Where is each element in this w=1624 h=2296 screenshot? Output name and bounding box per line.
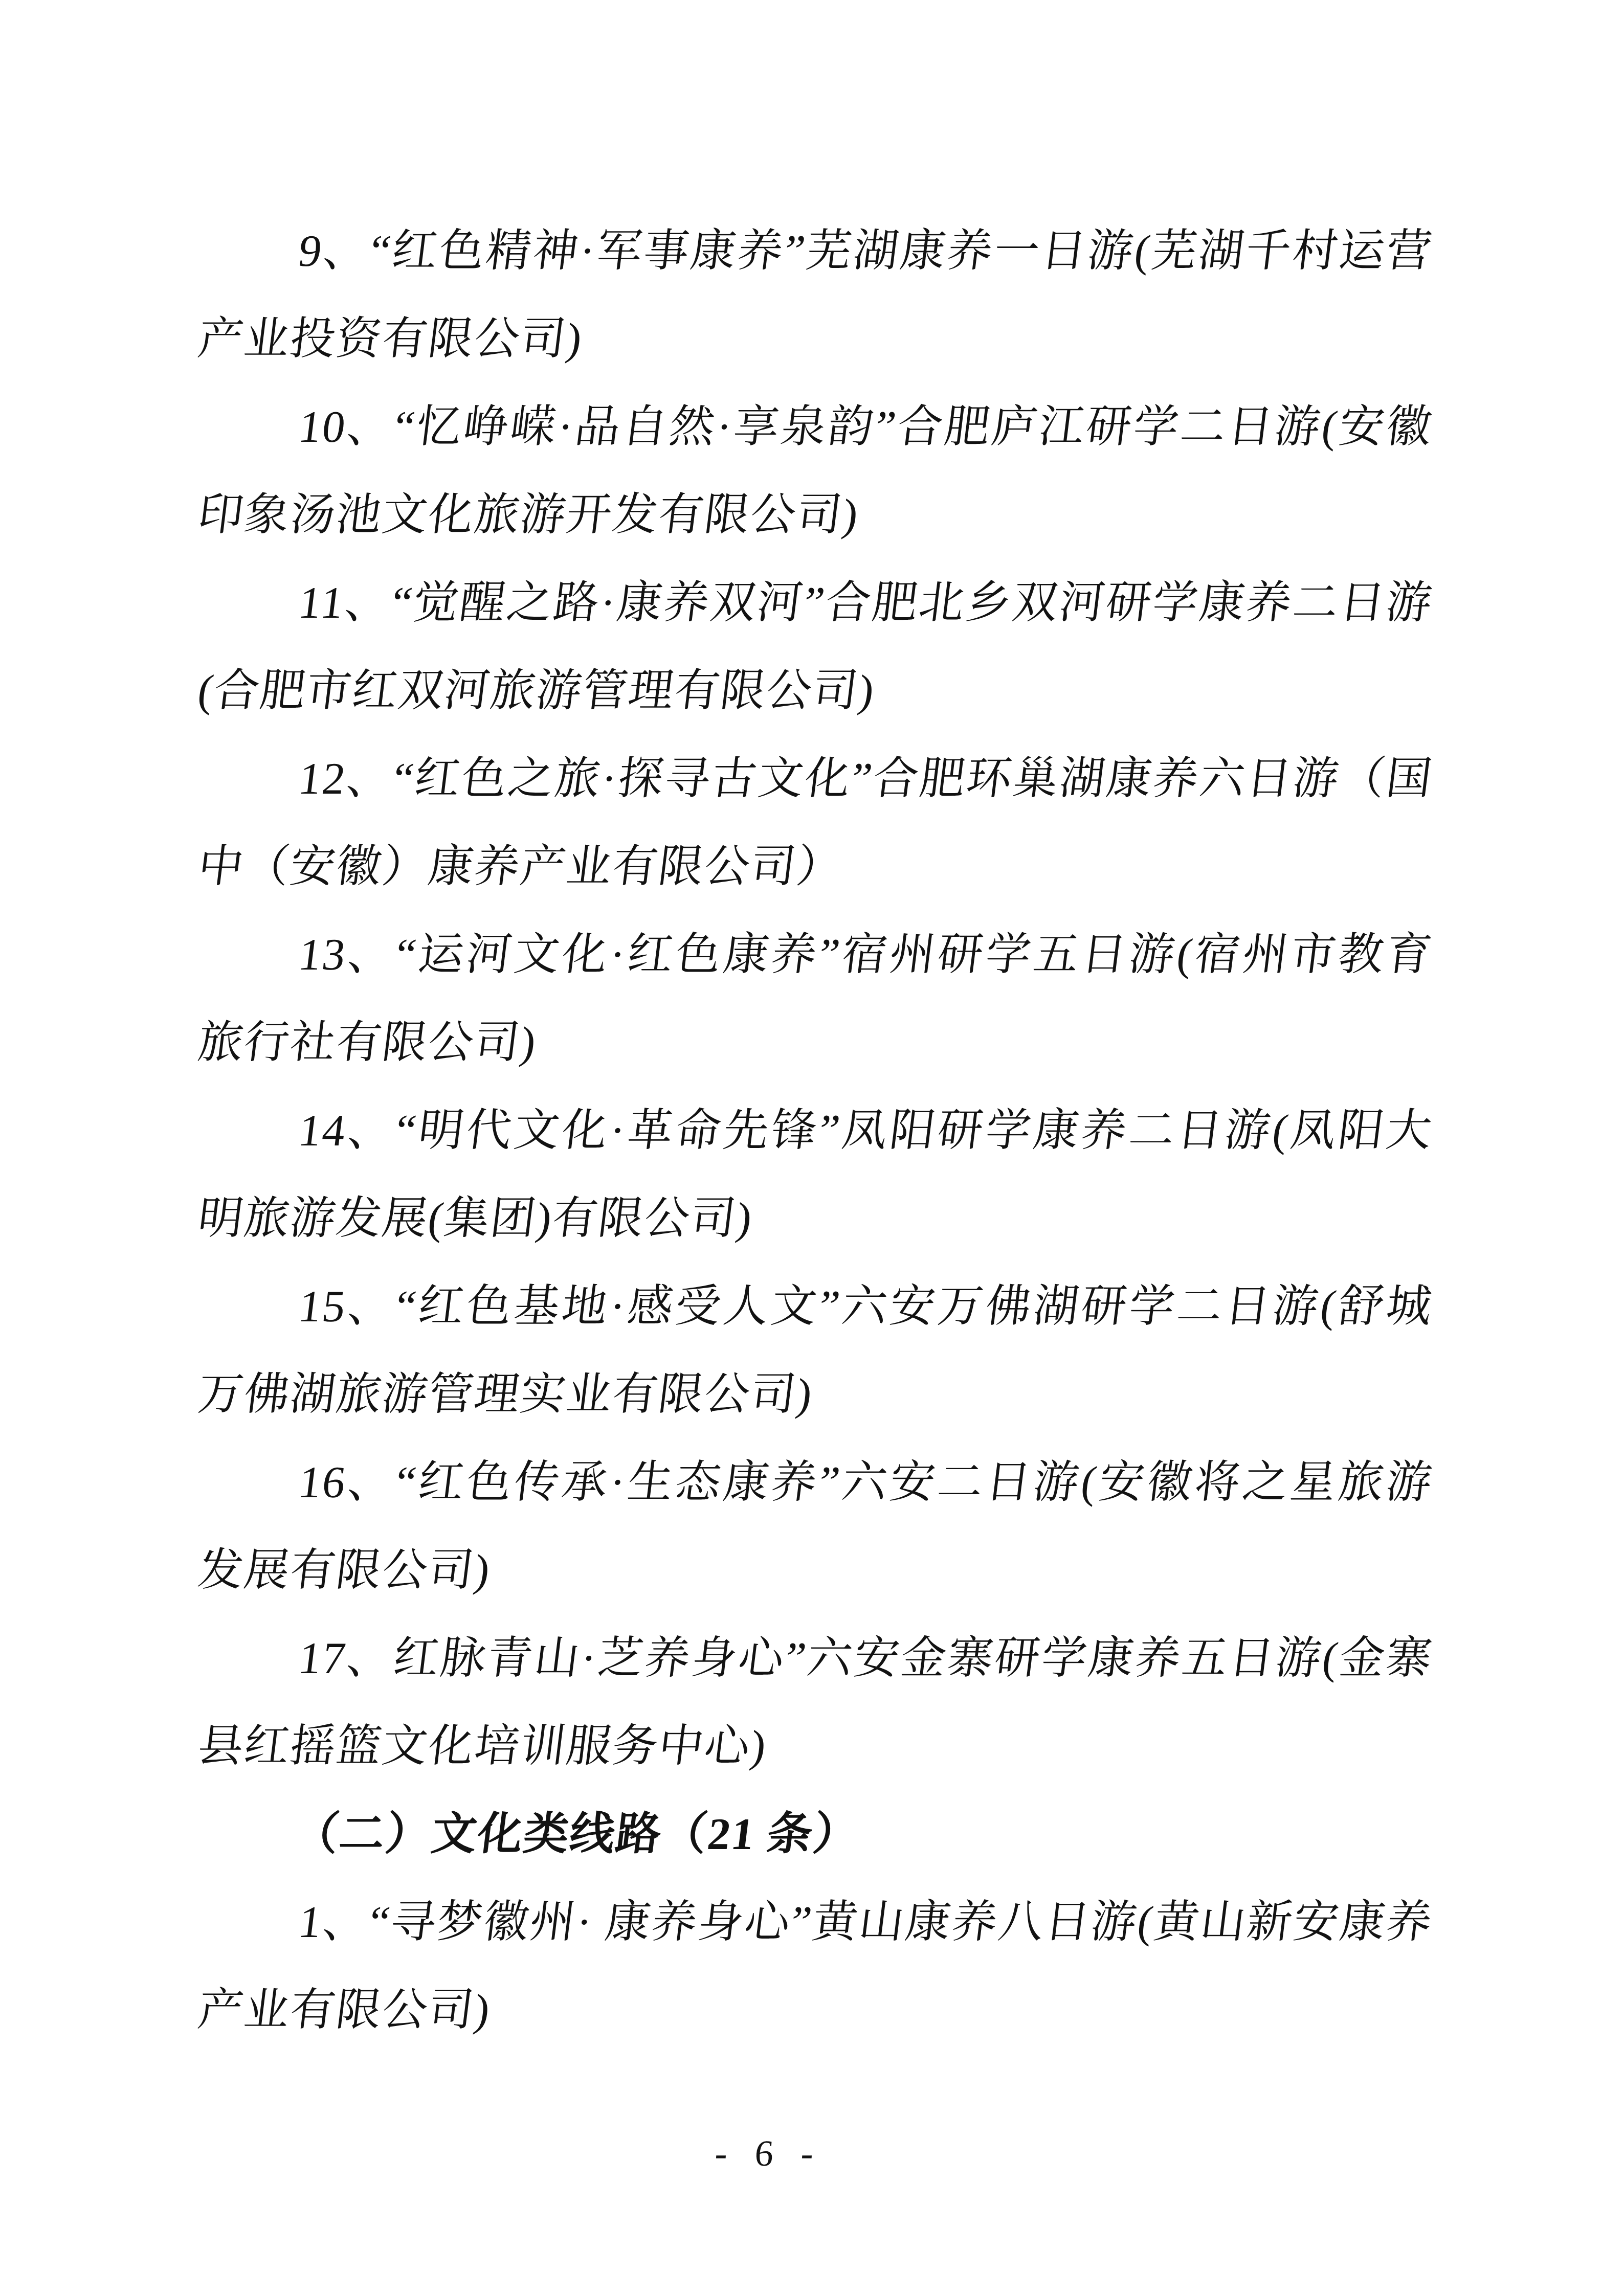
culture-section-heading: （二）文化类线路（21 条） [198, 1791, 1432, 1879]
route-item-13: 13、“运河文化·红色康养”宿州研学五日游(宿州市教育旅行社有限公司) [193, 911, 1438, 1087]
page-number: - 6 - [713, 2125, 825, 2181]
route-item-9: 9、“红色精神·军事康养”芜湖康养一日游(芜湖千村运营 产业投资有限公司) [193, 208, 1438, 384]
document-body: 9、“红色精神·军事康养”芜湖康养一日游(芜湖千村运营 产业投资有限公司) 10… [204, 208, 1427, 2055]
route-item-15: 15、“红色基地·感受人文”六安万佛湖研学二日游(舒城万佛湖旅游管理实业有限公司… [193, 1263, 1438, 1439]
route-item-17: 17、红脉青山·芝养身心”六安金寨研学康养五日游(金寨县红摇篮文化培训服务中心) [193, 1615, 1438, 1791]
route-item-10: 10、“忆峥嵘·品自然·享泉韵”合肥庐江研学二日游(安徽印象汤池文化旅游开发有限… [193, 384, 1438, 559]
route-item-culture-1: 1、“寻梦徽州· 康养身心”黄山康养八日游(黄山新安康养产业有限公司) [193, 1879, 1438, 2055]
route-item-11: 11、“觉醒之路·康养双河”合肥北乡双河研学康养二日游(合肥市红双河旅游管理有限… [193, 559, 1438, 735]
route-item-12: 12、“红色之旅·探寻古文化”合肥环巢湖康养六日游（国中（安徽）康养产业有限公司… [193, 735, 1438, 911]
route-item-14: 14、“明代文化·革命先锋”凤阳研学康养二日游(凤阳大明旅游发展(集团)有限公司… [193, 1087, 1438, 1263]
document-page: 9、“红色精神·军事康养”芜湖康养一日游(芜湖千村运营 产业投资有限公司) 10… [0, 0, 1624, 2296]
route-item-16: 16、“红色传承·生态康养”六安二日游(安徽将之星旅游发展有限公司) [193, 1439, 1438, 1615]
page-footer: - 6 - [0, 2125, 1624, 2181]
